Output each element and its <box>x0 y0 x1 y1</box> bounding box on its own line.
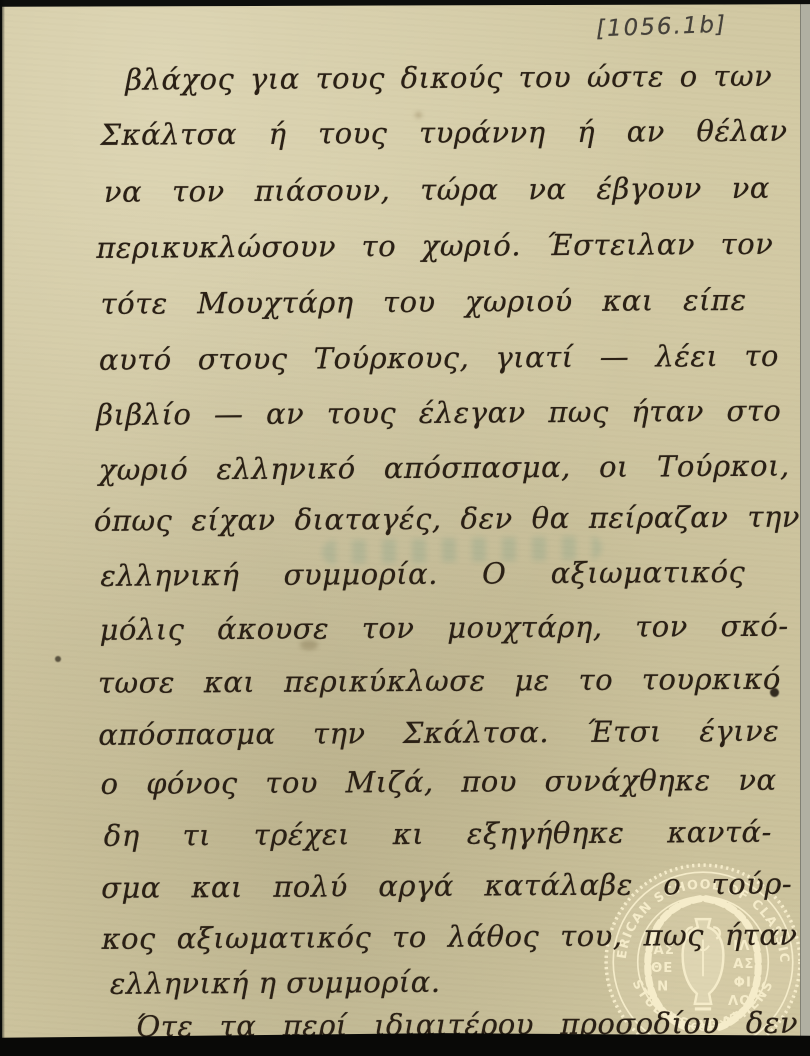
manuscript-line: να τον πιάσουν, τώρα να έβγουν να <box>104 166 770 214</box>
manuscript-line: σμα και πολύ αργά κατάλαβε ο τούρ- <box>101 862 792 910</box>
manuscript-line: Σκάλτσα ή τους τυράννη ή αν θέλαν <box>100 109 787 157</box>
scan-edge-right <box>800 0 810 1056</box>
archive-label: [1056.1b] <box>596 12 728 43</box>
manuscript-line: απόσπασμα την Σκάλτσα. Έτσι έγινε <box>98 709 779 757</box>
manuscript-line: δη τι τρέχει κι εξηγήθηκε καντά- <box>104 810 772 858</box>
manuscript-line: όπως είχαν διαταγές, δεν θα πείραζαν την <box>94 495 800 543</box>
manuscript-line: περικυκλώσουν το χωριό. Έστειλαν τον <box>96 222 773 270</box>
handwritten-text-block: βλάχος για τους δικούς του ώστε ο των Σκ… <box>0 0 810 1056</box>
manuscript-line: ελληνική η συμμορία. <box>110 960 441 1006</box>
manuscript-line: τότε Μουχτάρη του χωριού και είπε <box>100 278 746 326</box>
manuscript-line: ελληνική συμμορία. Ο αξιωματικός <box>100 550 745 598</box>
manuscript-line: τωσε και περικύκλωσε με το τουρκικό <box>98 657 781 705</box>
scan-edge-left <box>0 0 5 1056</box>
manuscript-line: κος αξιωματικός το λάθος του, πως ήταν <box>101 913 797 961</box>
manuscript-line: χωριό ελληνικό απόσπασμα, οι Τούρκοι, <box>99 444 790 492</box>
manuscript-line: μόλις άκουσε τον μουχτάρη, τον σκό- <box>99 604 788 652</box>
manuscript-line: ο φόνος του Μιζά, που συνάχθηκε να <box>100 758 776 806</box>
manuscript-scan: AMERICAN SCHOOL OF CLASSICAL STUDIES AT … <box>0 0 810 1056</box>
manuscript-line: αυτό στους Τούρκους, γιατί — λέει το <box>99 334 779 382</box>
manuscript-line: βλάχος για τους δικούς του ώστε ο των <box>125 54 772 102</box>
manuscript-line: βιβλίο — αν τους έλεγαν πως ήταν στο <box>96 389 781 437</box>
